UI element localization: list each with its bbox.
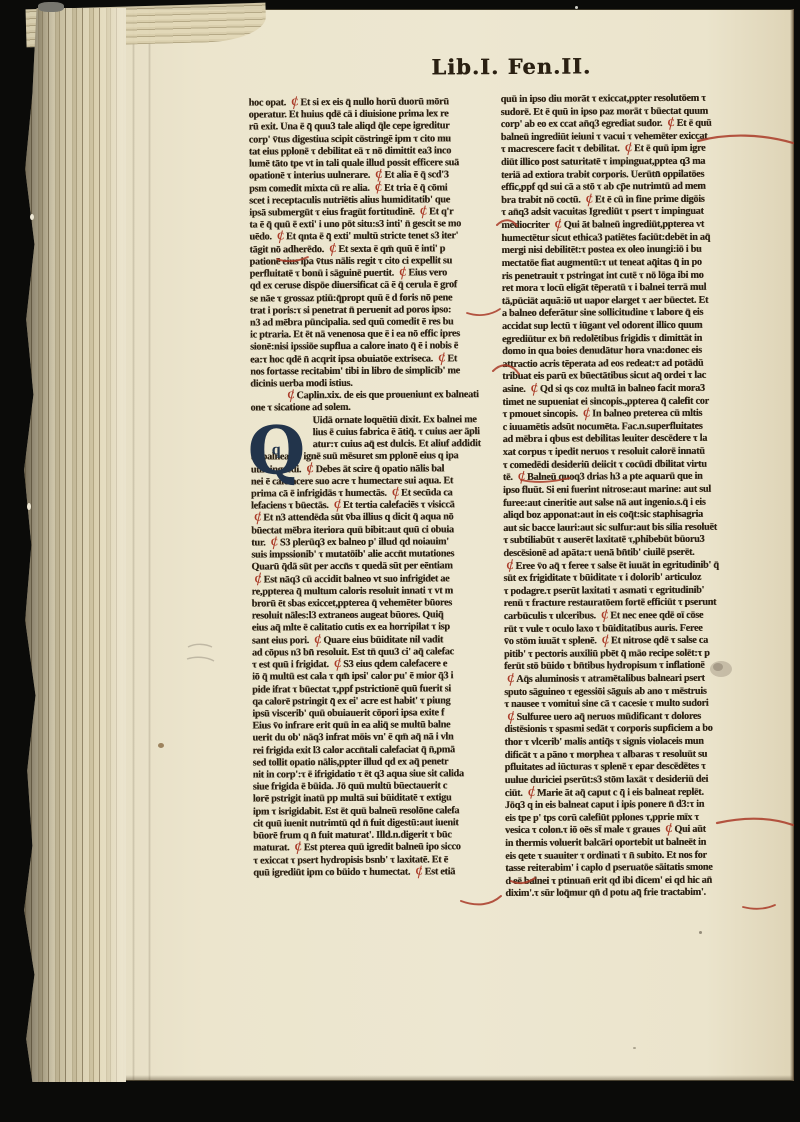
red-pilcrow-mark: C	[438, 353, 445, 364]
printed-text-block: Lib.I. Fen.II. hoc opat. CEt si ex eis q…	[0, 0, 800, 1122]
red-pilcrow-mark: C	[506, 560, 513, 571]
text-line: qd ex ceruse dispōe diuersificat cā ē q̄…	[250, 279, 493, 293]
text-line: quū igrediūt ipm co būido τ humectat. CE…	[253, 866, 496, 880]
red-pilcrow-mark: C	[531, 384, 538, 395]
red-pilcrow-mark: C	[291, 97, 298, 108]
red-pilcrow-mark: C	[583, 409, 590, 420]
scanned-book-page: Lib.I. Fen.II. hoc opat. CEt si ex eis q…	[0, 0, 800, 1122]
text-line: nos fortasse recitabim' tibi in libro de…	[250, 365, 493, 379]
red-pilcrow-mark: C	[287, 391, 294, 402]
text-line: sionē:nisi ipssiōe supflua a calore inat…	[250, 340, 493, 354]
red-pilcrow-mark: C	[375, 182, 382, 193]
drop-cap-initial-Q: Q q	[248, 425, 310, 495]
red-pilcrow-mark: C	[277, 232, 284, 243]
red-pilcrow-mark: C	[254, 513, 261, 524]
red-pilcrow-mark: C	[334, 659, 341, 670]
initial-guide-letter: q	[272, 441, 281, 459]
red-pilcrow-mark: C	[507, 712, 514, 723]
text-line: nit in corp':τ ē ifrigidatio τ ēt q3 aqu…	[253, 768, 496, 782]
red-pilcrow-mark: C	[665, 824, 672, 835]
red-pilcrow-mark: C	[420, 206, 427, 217]
text-line: maturat. CEst pterea quū igredit balneū …	[253, 841, 496, 855]
text-line: lumē tāto tpe vt in tali quale illud pos…	[249, 157, 492, 171]
red-pilcrow-mark: C	[254, 574, 261, 585]
red-pilcrow-mark: C	[399, 268, 406, 279]
red-pilcrow-mark: C	[415, 866, 422, 877]
red-pilcrow-mark: C	[334, 500, 341, 511]
red-pilcrow-mark: C	[518, 472, 525, 483]
red-pilcrow-mark: C	[586, 194, 593, 205]
red-pilcrow-mark: C	[625, 144, 632, 155]
red-pilcrow-mark: C	[601, 610, 608, 621]
text-column-right: quū in ipso diu morāt τ exiccat,ppter re…	[501, 92, 776, 901]
red-pilcrow-mark: C	[507, 674, 514, 685]
red-pilcrow-mark: C	[329, 244, 336, 255]
red-pilcrow-mark: C	[314, 635, 321, 646]
red-pilcrow-mark: C	[375, 170, 382, 181]
red-pilcrow-mark: C	[271, 537, 278, 548]
red-pilcrow-mark: C	[555, 220, 562, 231]
text-line: CCaplin.xix. de eis que proueniunt ex ba…	[250, 389, 493, 403]
red-pilcrow-mark: C	[392, 488, 399, 499]
red-pilcrow-mark: C	[667, 118, 674, 129]
text-line: uēdo. CEt qnta ē q̄ exti' multū stricte …	[249, 230, 492, 244]
text-line: dixim'.τ sūr loq̄mur qn̄ d potu aq̄ frie…	[505, 887, 775, 901]
running-header: Lib.I. Fen.II.	[431, 53, 611, 79]
red-pilcrow-mark: C	[295, 843, 302, 854]
red-pilcrow-mark: C	[528, 787, 535, 798]
red-pilcrow-mark: C	[602, 636, 609, 647]
